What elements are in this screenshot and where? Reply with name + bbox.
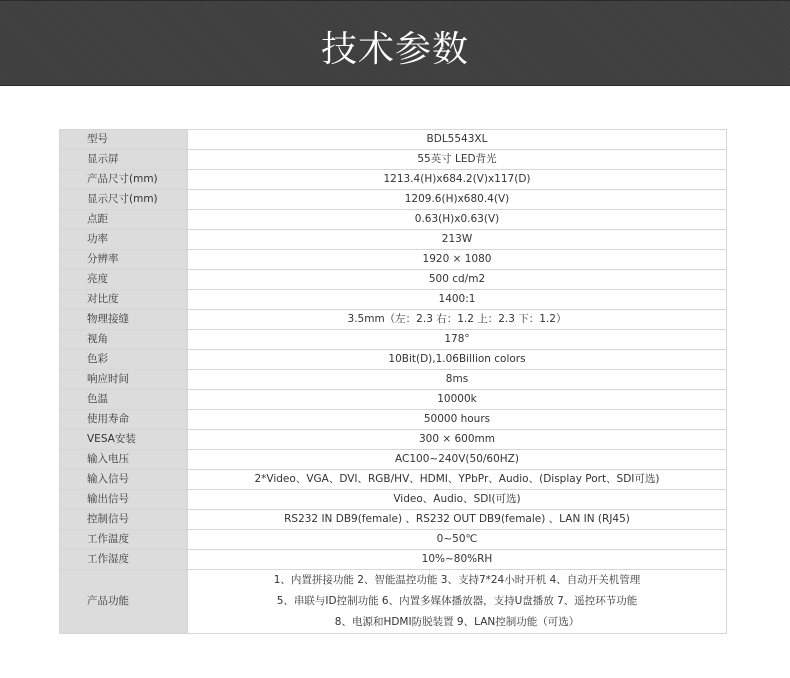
spec-value: 55英寸 LED背光 bbox=[188, 150, 727, 170]
spec-label: 工作湿度 bbox=[60, 550, 188, 570]
table-row: 显示屏55英寸 LED背光 bbox=[60, 150, 727, 170]
spec-label: 输入信号 bbox=[60, 470, 188, 490]
spec-label: 显示屏 bbox=[60, 150, 188, 170]
spec-value: 1209.6(H)x680.4(V) bbox=[188, 190, 727, 210]
table-row: 型号BDL5543XL bbox=[60, 130, 727, 150]
spec-value: 2*Video、VGA、DVI、RGB/HV、HDMI、YPbPr、Audio、… bbox=[188, 470, 727, 490]
table-row: 工作温度0~50℃ bbox=[60, 530, 727, 550]
spec-label: 输入电压 bbox=[60, 450, 188, 470]
spec-label: 亮度 bbox=[60, 270, 188, 290]
features-value: 1、内置拼接功能 2、智能温控功能 3、支持7*24小时开机 4、自动开关机管理… bbox=[188, 570, 727, 634]
table-row: 功率213W bbox=[60, 230, 727, 250]
spec-table: 型号BDL5543XL 显示屏55英寸 LED背光 产品尺寸(mm)1213.4… bbox=[59, 129, 727, 634]
spec-value: 50000 hours bbox=[188, 410, 727, 430]
table-row: 输出信号Video、Audio、SDI(可选) bbox=[60, 490, 727, 510]
spec-label: 输出信号 bbox=[60, 490, 188, 510]
table-row: VESA安装300 × 600mm bbox=[60, 430, 727, 450]
table-row: 工作湿度10%~80%RH bbox=[60, 550, 727, 570]
spec-value: 178° bbox=[188, 330, 727, 350]
table-row: 使用寿命50000 hours bbox=[60, 410, 727, 430]
page-title: 技术参数 bbox=[0, 21, 790, 72]
spec-value: 10%~80%RH bbox=[188, 550, 727, 570]
spec-label: 显示尺寸(mm) bbox=[60, 190, 188, 210]
spec-label: 响应时间 bbox=[60, 370, 188, 390]
spec-label: 使用寿命 bbox=[60, 410, 188, 430]
page-header: 技术参数 bbox=[0, 0, 790, 86]
spec-label: 色彩 bbox=[60, 350, 188, 370]
spec-label: 色温 bbox=[60, 390, 188, 410]
table-row: 响应时间8ms bbox=[60, 370, 727, 390]
feature-line: 8、电源和HDMI防脱装置 9、LAN控制功能（可选） bbox=[188, 612, 726, 633]
spec-label: 产品尺寸(mm) bbox=[60, 170, 188, 190]
table-row: 色温10000k bbox=[60, 390, 727, 410]
table-row: 分辨率1920 × 1080 bbox=[60, 250, 727, 270]
spec-value: 0.63(H)x0.63(V) bbox=[188, 210, 727, 230]
spec-label: 对比度 bbox=[60, 290, 188, 310]
feature-line: 5、串联与ID控制功能 6、内置多媒体播放器，支持U盘播放 7、遥控环节功能 bbox=[188, 591, 726, 612]
table-row: 点距0.63(H)x0.63(V) bbox=[60, 210, 727, 230]
spec-label: 点距 bbox=[60, 210, 188, 230]
spec-label: 分辨率 bbox=[60, 250, 188, 270]
spec-value: 1400:1 bbox=[188, 290, 727, 310]
table-row: 控制信号RS232 IN DB9(female) 、RS232 OUT DB9(… bbox=[60, 510, 727, 530]
features-label: 产品功能 bbox=[60, 570, 188, 634]
spec-label: 视角 bbox=[60, 330, 188, 350]
table-row: 亮度500 cd/m2 bbox=[60, 270, 727, 290]
spec-value: Video、Audio、SDI(可选) bbox=[188, 490, 727, 510]
spec-value: RS232 IN DB9(female) 、RS232 OUT DB9(fema… bbox=[188, 510, 727, 530]
spec-value: 300 × 600mm bbox=[188, 430, 727, 450]
table-row: 色彩10Bit(D),1.06Billion colors bbox=[60, 350, 727, 370]
spec-value: AC100~240V(50/60HZ) bbox=[188, 450, 727, 470]
spec-value: 500 cd/m2 bbox=[188, 270, 727, 290]
spec-label: 工作温度 bbox=[60, 530, 188, 550]
spec-value: BDL5543XL bbox=[188, 130, 727, 150]
table-row: 视角178° bbox=[60, 330, 727, 350]
spec-value: 1213.4(H)x684.2(V)x117(D) bbox=[188, 170, 727, 190]
table-row: 产品尺寸(mm)1213.4(H)x684.2(V)x117(D) bbox=[60, 170, 727, 190]
table-row: 物理接缝3.5mm（左：2.3 右：1.2 上：2.3 下：1.2） bbox=[60, 310, 727, 330]
feature-line: 1、内置拼接功能 2、智能温控功能 3、支持7*24小时开机 4、自动开关机管理 bbox=[188, 570, 726, 591]
spec-value: 213W bbox=[188, 230, 727, 250]
table-row: 输入信号2*Video、VGA、DVI、RGB/HV、HDMI、YPbPr、Au… bbox=[60, 470, 727, 490]
spec-label: 物理接缝 bbox=[60, 310, 188, 330]
features-row: 产品功能 1、内置拼接功能 2、智能温控功能 3、支持7*24小时开机 4、自动… bbox=[60, 570, 727, 634]
spec-value: 10Bit(D),1.06Billion colors bbox=[188, 350, 727, 370]
spec-value: 0~50℃ bbox=[188, 530, 727, 550]
spec-value: 10000k bbox=[188, 390, 727, 410]
spec-value: 1920 × 1080 bbox=[188, 250, 727, 270]
spec-label: 型号 bbox=[60, 130, 188, 150]
table-row: 输入电压AC100~240V(50/60HZ) bbox=[60, 450, 727, 470]
table-row: 显示尺寸(mm)1209.6(H)x680.4(V) bbox=[60, 190, 727, 210]
spec-label: 控制信号 bbox=[60, 510, 188, 530]
spec-value: 8ms bbox=[188, 370, 727, 390]
table-row: 对比度1400:1 bbox=[60, 290, 727, 310]
spec-value: 3.5mm（左：2.3 右：1.2 上：2.3 下：1.2） bbox=[188, 310, 727, 330]
spec-label: 功率 bbox=[60, 230, 188, 250]
spec-label: VESA安装 bbox=[60, 430, 188, 450]
